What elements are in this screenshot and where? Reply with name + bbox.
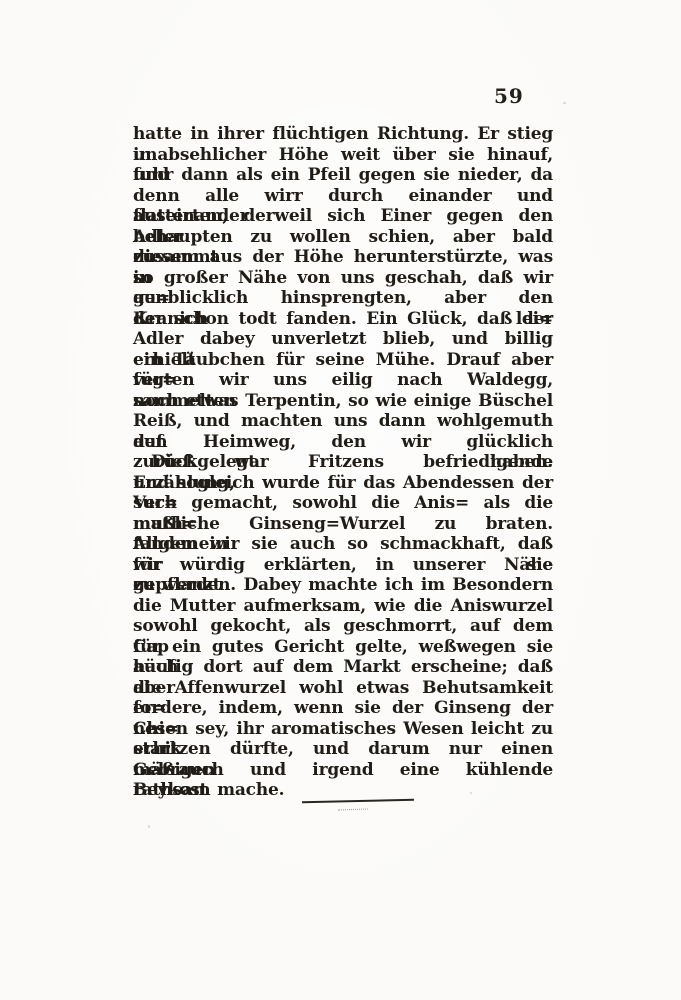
text-line: und sogleich wurde für das Abendessen de… [133, 473, 553, 494]
page-number: 59 [494, 84, 524, 108]
text-line: behaupten zu wollen schien, aber bald zu… [133, 227, 553, 248]
text-line: die Mutter aufmerksam, wie die Aniswurze… [133, 596, 553, 617]
scan-speck [148, 825, 150, 828]
text-line: noch etwas Terpentin, so wie einige Büsc… [133, 391, 553, 412]
scan-speck [563, 102, 566, 104]
body-text-block: hatte in ihrer flüchtigen Richtung. Er s… [133, 124, 553, 801]
divider-smudge-mark [338, 808, 368, 810]
text-line: der schon todt fanden. Ein Glück, daß de… [133, 309, 553, 330]
text-line: zu werden. Dabey machte ich im Besondern [133, 575, 553, 596]
text-line: sowohl gekocht, als geschmorrt, auf dem … [133, 616, 553, 637]
text-line: maßliche Ginseng=Wurzel zu braten. Allge… [133, 514, 553, 535]
text-line: den Heimweg, den wir glücklich zurückgel… [133, 432, 553, 453]
text-line: fanden wir sie auch so schmackhaft, daß … [133, 534, 553, 555]
text-line: Gebrauch und irgend eine kühlende Beykos… [133, 760, 553, 781]
text-line: denn alle wirr durch einander und ausein… [133, 186, 553, 207]
scan-speck [470, 792, 472, 794]
text-line: unabsehlicher Höhe weit über sie hinauf,… [133, 145, 553, 166]
text-line: Dieß war Fritzens befriedigende Erzählun… [133, 452, 553, 473]
book-page-scan: 59 hatte in ihrer flüchtigen Richtung. E… [0, 0, 681, 1000]
text-line: nesen sey, ihr aromatisches Wesen leicht… [133, 719, 553, 740]
text-line: fuhr dann als ein Pfeil gegen sie nieder… [133, 165, 553, 186]
text-line: flatterten, derweil sich Einer gegen den… [133, 206, 553, 227]
text-line: für ein gutes Gericht gelte, weßwegen si… [133, 637, 553, 658]
text-line: such gemacht, sowohl die Anis= als die m… [133, 493, 553, 514]
text-line: die Affenwurzel wohl etwas Behutsamkeit … [133, 678, 553, 699]
text-line: Reiß, und machten uns dann wohlgemuth au… [133, 411, 553, 432]
text-line: Adler dabey unverletzt blieb, und billig… [133, 329, 553, 350]
text-line: fordere, indem, wenn sie der Ginseng der… [133, 698, 553, 719]
text-line: diesem aus der Höhe herunterstürzte, was… [133, 247, 553, 268]
text-line: für würdig erklärten, in unserer Nähe ge… [133, 555, 553, 576]
text-line: hatte in ihrer flüchtigen Richtung. Er s… [133, 124, 553, 145]
text-line: rathsam mache. [133, 780, 553, 801]
text-line: so großer Nähe von uns geschah, daß wir … [133, 268, 553, 289]
text-line: ein Täubchen für seine Mühe. Drauf aber … [133, 350, 553, 371]
text-line: genblicklich hinsprengten, aber den Kran… [133, 288, 553, 309]
text-line: häufig dort auf dem Markt erscheine; daß… [133, 657, 553, 678]
text-line: fügten wir uns eilig nach Waldegg, samme… [133, 370, 553, 391]
text-line: erhitzen dürfte, und darum nur einen mäß… [133, 739, 553, 760]
